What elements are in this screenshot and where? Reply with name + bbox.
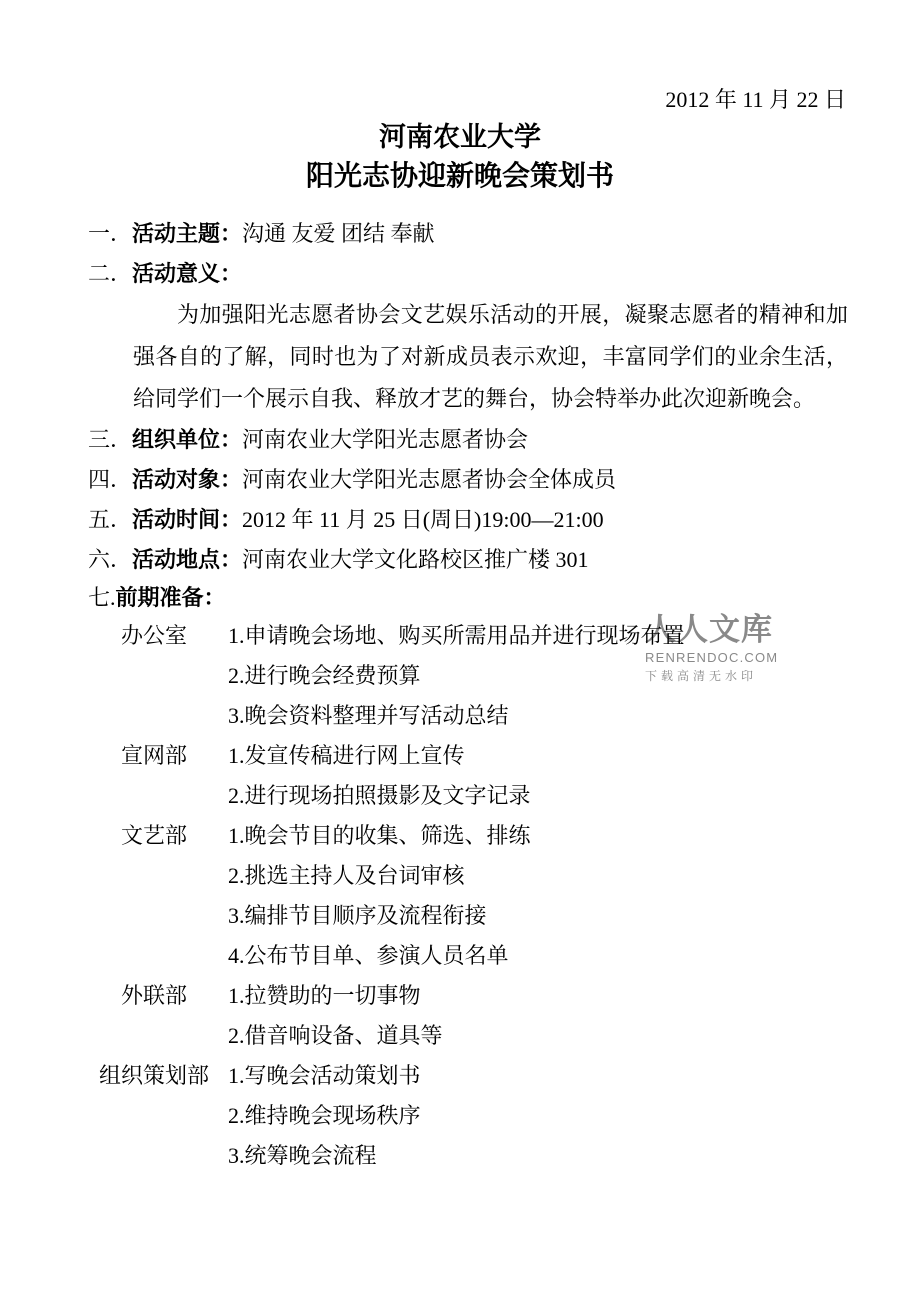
section-number: 二． — [88, 261, 132, 286]
department-name: 宣网部 — [88, 736, 220, 776]
section-number: 四． — [88, 467, 132, 492]
section-label: 活动主题： — [132, 221, 242, 246]
task-item: 3.编排节目顺序及流程衔接 — [228, 896, 848, 936]
department-tasks: 1.写晚会活动策划书 2.维持晚会现场秩序 3.统筹晚会流程 — [220, 1056, 848, 1176]
section-number: 七. — [88, 585, 116, 610]
task-item: 2.借音响设备、道具等 — [228, 1016, 848, 1056]
prep-row-office: 办公室 1.申请晚会场地、购买所需用品并进行现场布置 2.进行晚会经费预算 3.… — [88, 616, 848, 736]
section-number: 六． — [88, 547, 132, 572]
task-item: 1.拉赞助的一切事物 — [228, 976, 848, 1016]
task-item: 2.进行晚会经费预算 — [228, 656, 848, 696]
department-name: 文艺部 — [88, 816, 220, 856]
document-date: 2012 年 11 月 22 日 — [665, 86, 846, 114]
document-body: 一．活动主题：沟通 友爱 团结 奉献 二．活动意义： 为加强阳光志愿者协会文艺娱… — [88, 214, 848, 1176]
task-item: 1.晚会节目的收集、筛选、排练 — [228, 816, 848, 856]
task-item: 3.统筹晚会流程 — [228, 1136, 848, 1176]
document-title: 河南农业大学 — [0, 120, 920, 154]
section-value: 河南农业大学阳光志愿者协会全体成员 — [242, 467, 616, 492]
prep-row-planning-dept: 组织策划部 1.写晚会活动策划书 2.维持晚会现场秩序 3.统筹晚会流程 — [88, 1056, 848, 1176]
document-page: 2012 年 11 月 22 日 河南农业大学 阳光志协迎新晚会策划书 一．活动… — [0, 0, 920, 1302]
document-subtitle: 阳光志协迎新晚会策划书 — [0, 158, 920, 196]
task-item: 1.发宣传稿进行网上宣传 — [228, 736, 848, 776]
task-item: 2.挑选主持人及台词审核 — [228, 856, 848, 896]
section-label: 活动意义： — [132, 261, 242, 286]
section-label: 活动对象： — [132, 467, 242, 492]
department-name: 办公室 — [88, 616, 220, 656]
section-label: 活动时间： — [132, 507, 242, 532]
section-value: 沟通 友爱 团结 奉献 — [242, 221, 435, 246]
preparation-list: 办公室 1.申请晚会场地、购买所需用品并进行现场布置 2.进行晚会经费预算 3.… — [88, 616, 848, 1176]
prep-row-arts-dept: 文艺部 1.晚会节目的收集、筛选、排练 2.挑选主持人及台词审核 3.编排节目顺… — [88, 816, 848, 976]
section-location: 六．活动地点：河南农业大学文化路校区推广楼 301 — [88, 540, 848, 580]
section-activity-theme: 一．活动主题：沟通 友爱 团结 奉献 — [88, 214, 848, 254]
section-number: 五． — [88, 507, 132, 532]
department-tasks: 1.晚会节目的收集、筛选、排练 2.挑选主持人及台词审核 3.编排节目顺序及流程… — [220, 816, 848, 976]
section-number: 一． — [88, 221, 132, 246]
task-item: 3.晚会资料整理并写活动总结 — [228, 696, 848, 736]
department-name: 组织策划部 — [88, 1056, 220, 1096]
section-label: 活动地点： — [132, 547, 242, 572]
section-value: 河南农业大学阳光志愿者协会 — [242, 427, 528, 452]
section-number: 三． — [88, 427, 132, 452]
section-value: 河南农业大学文化路校区推广楼 301 — [242, 547, 589, 572]
section-participants: 四．活动对象：河南农业大学阳光志愿者协会全体成员 — [88, 460, 848, 500]
department-tasks: 1.发宣传稿进行网上宣传 2.进行现场拍照摄影及文字记录 — [220, 736, 848, 816]
task-item: 1.申请晚会场地、购买所需用品并进行现场布置 — [228, 616, 848, 656]
task-item: 1.写晚会活动策划书 — [228, 1056, 848, 1096]
section-activity-meaning: 二．活动意义： — [88, 254, 848, 294]
section-value: 2012 年 11 月 25 日(周日)19:00—21:00 — [242, 507, 604, 532]
section-label: 前期准备： — [116, 585, 226, 610]
prep-row-publicity-dept: 宣网部 1.发宣传稿进行网上宣传 2.进行现场拍照摄影及文字记录 — [88, 736, 848, 816]
department-name: 外联部 — [88, 976, 220, 1016]
task-item: 2.维持晚会现场秩序 — [228, 1096, 848, 1136]
section-time: 五．活动时间：2012 年 11 月 25 日(周日)19:00—21:00 — [88, 500, 848, 540]
prep-row-outreach-dept: 外联部 1.拉赞助的一切事物 2.借音响设备、道具等 — [88, 976, 848, 1056]
department-tasks: 1.申请晚会场地、购买所需用品并进行现场布置 2.进行晚会经费预算 3.晚会资料… — [220, 616, 848, 736]
section-label: 组织单位： — [132, 427, 242, 452]
department-tasks: 1.拉赞助的一切事物 2.借音响设备、道具等 — [220, 976, 848, 1056]
section-organizer: 三．组织单位：河南农业大学阳光志愿者协会 — [88, 420, 848, 460]
section-preparation-heading: 七.前期准备： — [88, 580, 848, 616]
task-item: 2.进行现场拍照摄影及文字记录 — [228, 776, 848, 816]
task-item: 4.公布节目单、参演人员名单 — [228, 936, 848, 976]
activity-meaning-paragraph: 为加强阳光志愿者协会文艺娱乐活动的开展，凝聚志愿者的精神和加强各自的了解，同时也… — [133, 294, 848, 420]
